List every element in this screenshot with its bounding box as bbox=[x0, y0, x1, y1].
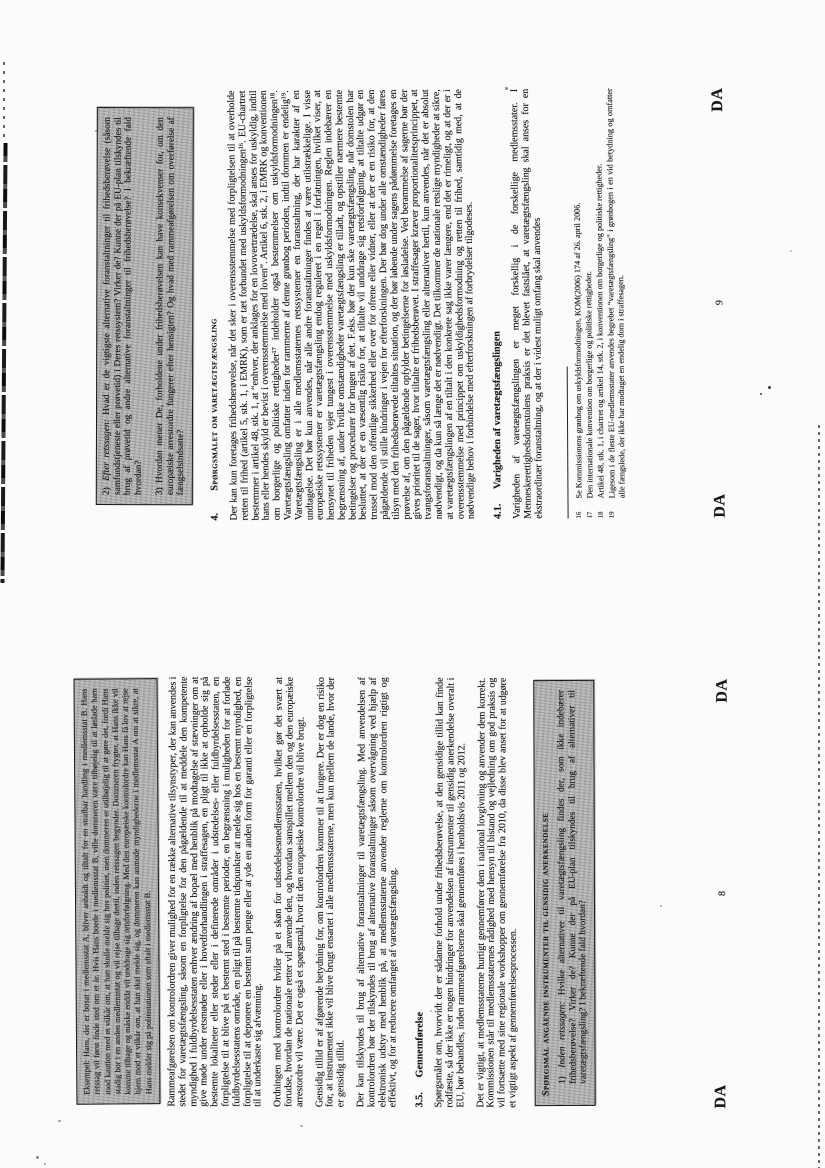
page-8-paragraph-3: Gensidig tillid er af afgørende betydnin… bbox=[315, 677, 349, 1107]
footnote-17: 17 Den internationale konvention om borg… bbox=[583, 88, 595, 518]
page-8-content: Eksempel: Hans, der er bosat i medlemsst… bbox=[74, 676, 595, 1108]
footnote-16: 16 Se Kommissionens grønbog om uskyldsfo… bbox=[572, 88, 584, 518]
scanned-document-sheet: 2) Efter retssagen: Hvad er de vigtigste… bbox=[0, 0, 825, 1168]
scan-speckle bbox=[760, 393, 762, 395]
footnote-19-text: Ligesom i de fleste EU-medlemsstater anv… bbox=[605, 88, 627, 498]
page-9-scan-band: 2) Efter retssagen: Hvad er de vigtigste… bbox=[0, 0, 825, 584]
section-4-body: Der kan kun foretages frihedsberøvelse, … bbox=[227, 89, 478, 521]
scan-speckle bbox=[505, 87, 508, 90]
footnote-17-text: Den internationale konvention om borgerl… bbox=[584, 271, 595, 498]
question-2-number: 2) bbox=[102, 485, 112, 495]
footnote-16-text: Se Kommissionens grønbog om uskyldsformo… bbox=[572, 203, 584, 499]
footer-da-left: DA bbox=[711, 493, 729, 517]
section-4-title: Spørgsmålet om varetægtsfængsling bbox=[208, 318, 220, 490]
scan-speckle bbox=[790, 250, 792, 252]
page-8-paragraph-1: Rammeafgørelsen om kontrolordren giver m… bbox=[167, 677, 266, 1107]
page-8-paragraph-6: Det er vigtigt, at medlemsstaterne hurti… bbox=[476, 678, 521, 1108]
section-4-1-heading: 4.1. Varigheden af varetægtsfængslingen bbox=[490, 89, 504, 519]
page-9-footer: DA 9 DA bbox=[709, 88, 730, 518]
questions-box-mutual-recognition: Spørgsmål angående instrumenter til gens… bbox=[533, 680, 596, 1106]
example-box-hans: Eksempel: Hans, der er bosat i medlemsst… bbox=[73, 678, 160, 1105]
scan-speckle bbox=[36, 1156, 39, 1159]
footer-da-left: DA bbox=[712, 1084, 730, 1108]
page-8-paragraph-4: Der kan tilskyndes til brug af alternati… bbox=[356, 677, 401, 1107]
scan-speckle bbox=[768, 386, 771, 389]
footnote-16-number: 16 bbox=[574, 498, 584, 518]
footer-da-right: DA bbox=[709, 88, 727, 112]
question-3: 3) Hvordan mener De, forholdene under fr… bbox=[155, 117, 188, 495]
scan-edge-dotted-line bbox=[818, 425, 820, 1168]
scan-speckle bbox=[660, 905, 662, 907]
footnote-18-text: Artikel 48, stk. 1, i chartret og artike… bbox=[594, 164, 606, 499]
scan-speckle bbox=[210, 962, 212, 964]
scan-speckle bbox=[430, 1010, 432, 1012]
page-8-paragraph-2: Ordningen med kontrolordrer hviler på et… bbox=[273, 677, 307, 1107]
scan-speckle bbox=[58, 1120, 61, 1122]
page-9-number: 9 bbox=[714, 300, 725, 305]
section-4-number: 4. bbox=[209, 491, 220, 521]
section-4-heading: 4. Spørgsmålet om varetægtsfængsling bbox=[207, 91, 221, 521]
section-3-5-title: Gennemførelse bbox=[415, 1012, 426, 1077]
section-4-1-number: 4.1. bbox=[493, 489, 504, 519]
section-4-1-title: Varigheden af varetægtsfængslingen bbox=[492, 331, 504, 489]
page-8-scan-band: Eksempel: Hans, der er bosat i medlemsst… bbox=[0, 584, 825, 1168]
page-8-number: 8 bbox=[716, 891, 727, 896]
question-1-lead: Inden retssagen: bbox=[557, 1002, 567, 1068]
page-9: 2) Efter retssagen: Hvad er de vigtigste… bbox=[0, 0, 825, 584]
question-2-lead: Efter retssagen: bbox=[102, 419, 112, 481]
footnote-19: 19 Ligesom i de fleste EU-medlemsstater … bbox=[605, 88, 627, 518]
question-2: 2) Efter retssagen: Hvad er de vigtigste… bbox=[102, 117, 146, 495]
scan-speckle bbox=[95, 130, 97, 132]
page-9-content: 2) Efter retssagen: Hvad er de vigtigste… bbox=[95, 88, 627, 521]
footnotes-block: 16 Se Kommissionens grønbog om uskyldsfo… bbox=[565, 88, 628, 518]
question-1-number: 1) bbox=[557, 1074, 567, 1084]
footnote-17-number: 17 bbox=[585, 498, 595, 518]
footnote-18-number: 18 bbox=[597, 498, 607, 518]
page-8-footer: DA 8 DA bbox=[712, 678, 732, 1108]
footnote-18: 18 Artikel 48, stk. 1, i chartret og art… bbox=[594, 88, 606, 518]
section-3-5-number: 3.5. bbox=[414, 1077, 425, 1107]
page-8-paragraph-5: Spørgsmålet om, hvorvidt der er sådanne … bbox=[434, 678, 468, 1108]
footer-da-right: DA bbox=[714, 678, 732, 702]
scan-speckle bbox=[44, 1163, 46, 1165]
section-3-5-heading: 3.5. Gennemførelse bbox=[414, 677, 427, 1107]
questions-box-2-3: 2) Efter retssagen: Hvad er de vigtigste… bbox=[96, 107, 194, 505]
scan-scratch-dots bbox=[3, 62, 5, 142]
footnote-separator bbox=[566, 367, 568, 519]
question-1: 1) Inden retssagen: Hvilke alternativer … bbox=[556, 690, 589, 1084]
section-4-1-body: Varigheden af varetægtsfængslingen er me… bbox=[510, 89, 545, 519]
questions-box-heading: Spørgsmål angående instrumenter til gens… bbox=[539, 690, 551, 1096]
page-8: Eksempel: Hans, der er bosat i medlemsst… bbox=[0, 584, 825, 1168]
scan-speckle bbox=[300, 1125, 303, 1127]
footnote-19-number: 19 bbox=[608, 498, 628, 518]
